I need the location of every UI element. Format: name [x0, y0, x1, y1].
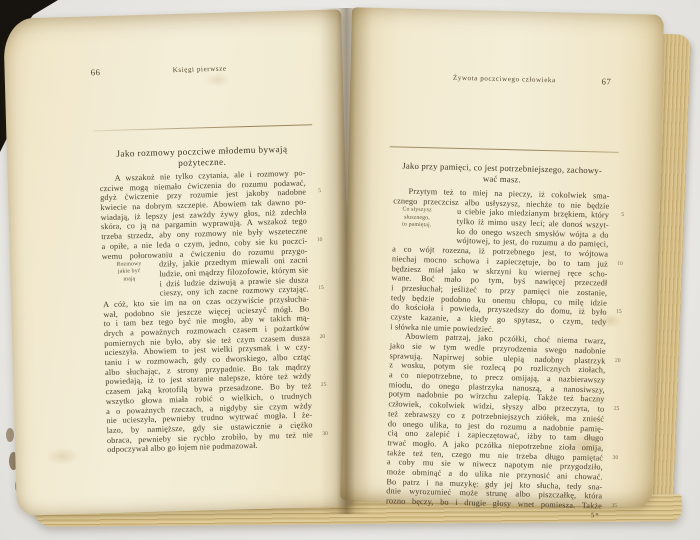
header-rule — [93, 124, 312, 131]
left-page-header: 66 Księgi pierwsze — [96, 60, 302, 78]
margin-note: Co słyszyszsłusznego,to pamiętaj. — [393, 207, 442, 230]
running-head: Księgi pierwsze — [96, 60, 302, 78]
header-rule — [390, 146, 619, 153]
line-number: 10 — [317, 236, 323, 246]
line-number: 15 — [616, 308, 622, 318]
line-text: mają — [123, 276, 135, 282]
margin-note: Rozmowyjakie byćmają — [104, 261, 155, 284]
line-number: 20 — [319, 333, 325, 343]
indented-block: Co słyszyszsłusznego,to pamiętaj. u cieb… — [456, 207, 609, 249]
chapter-heading: Jako przy pamięci, co jest potrzebniejsz… — [394, 160, 610, 186]
worn-corner-spot — [6, 428, 14, 442]
left-page: 66 Księgi pierwsze Jako rozmowy poczciwe… — [3, 9, 355, 515]
line-number: 10 — [617, 260, 623, 270]
line-text: Rozmowy — [117, 261, 142, 268]
body-text: A wszakoż nie tylko czytania, ale i rozm… — [100, 168, 314, 455]
line-text: słusznego, — [404, 214, 430, 221]
line-number: 15 — [318, 284, 324, 294]
line-text: jakie być — [118, 268, 141, 275]
line-text: Co słyszysz — [402, 207, 431, 214]
line-number: 5 — [318, 187, 321, 197]
page-number: 67 — [601, 75, 611, 87]
right-page: Żywota poczciwego człowieka 67 Jako przy… — [340, 7, 664, 507]
page-stain — [45, 447, 79, 466]
line-number: 5 — [621, 211, 624, 221]
page-number: 66 — [90, 66, 100, 78]
right-page-header: Żywota poczciwego człowieka 67 — [396, 70, 612, 87]
running-head: Żywota poczciwego człowieka — [396, 70, 612, 87]
right-text-block: Żywota poczciwego człowieka 67 Jako przy… — [396, 70, 612, 87]
line-number: 25 — [614, 405, 620, 415]
margin-note-line: to pamiętaj. — [393, 221, 441, 229]
line-text: to pamiętaj. — [402, 221, 431, 228]
chapter-heading: Jako rozmowy poczciwe młodemu bywają poż… — [99, 143, 306, 170]
indented-block: Rozmowyjakie byćmają dziły, jakie przedt… — [159, 256, 309, 299]
left-text-block: 66 Księgi pierwsze Jako rozmowy poczciwe… — [96, 60, 302, 78]
margin-note-line: mają — [104, 275, 154, 284]
line-number: 30 — [322, 429, 328, 439]
line-number: 35 — [611, 502, 617, 512]
book-photo: 66 Księgi pierwsze Jako rozmowy poczciwe… — [0, 0, 700, 540]
body-text: Przytym też to miej na pieczy, iż cokolw… — [386, 186, 610, 519]
line-number: 30 — [612, 453, 618, 463]
line-number: 25 — [321, 381, 327, 391]
line-number: 20 — [615, 356, 621, 366]
